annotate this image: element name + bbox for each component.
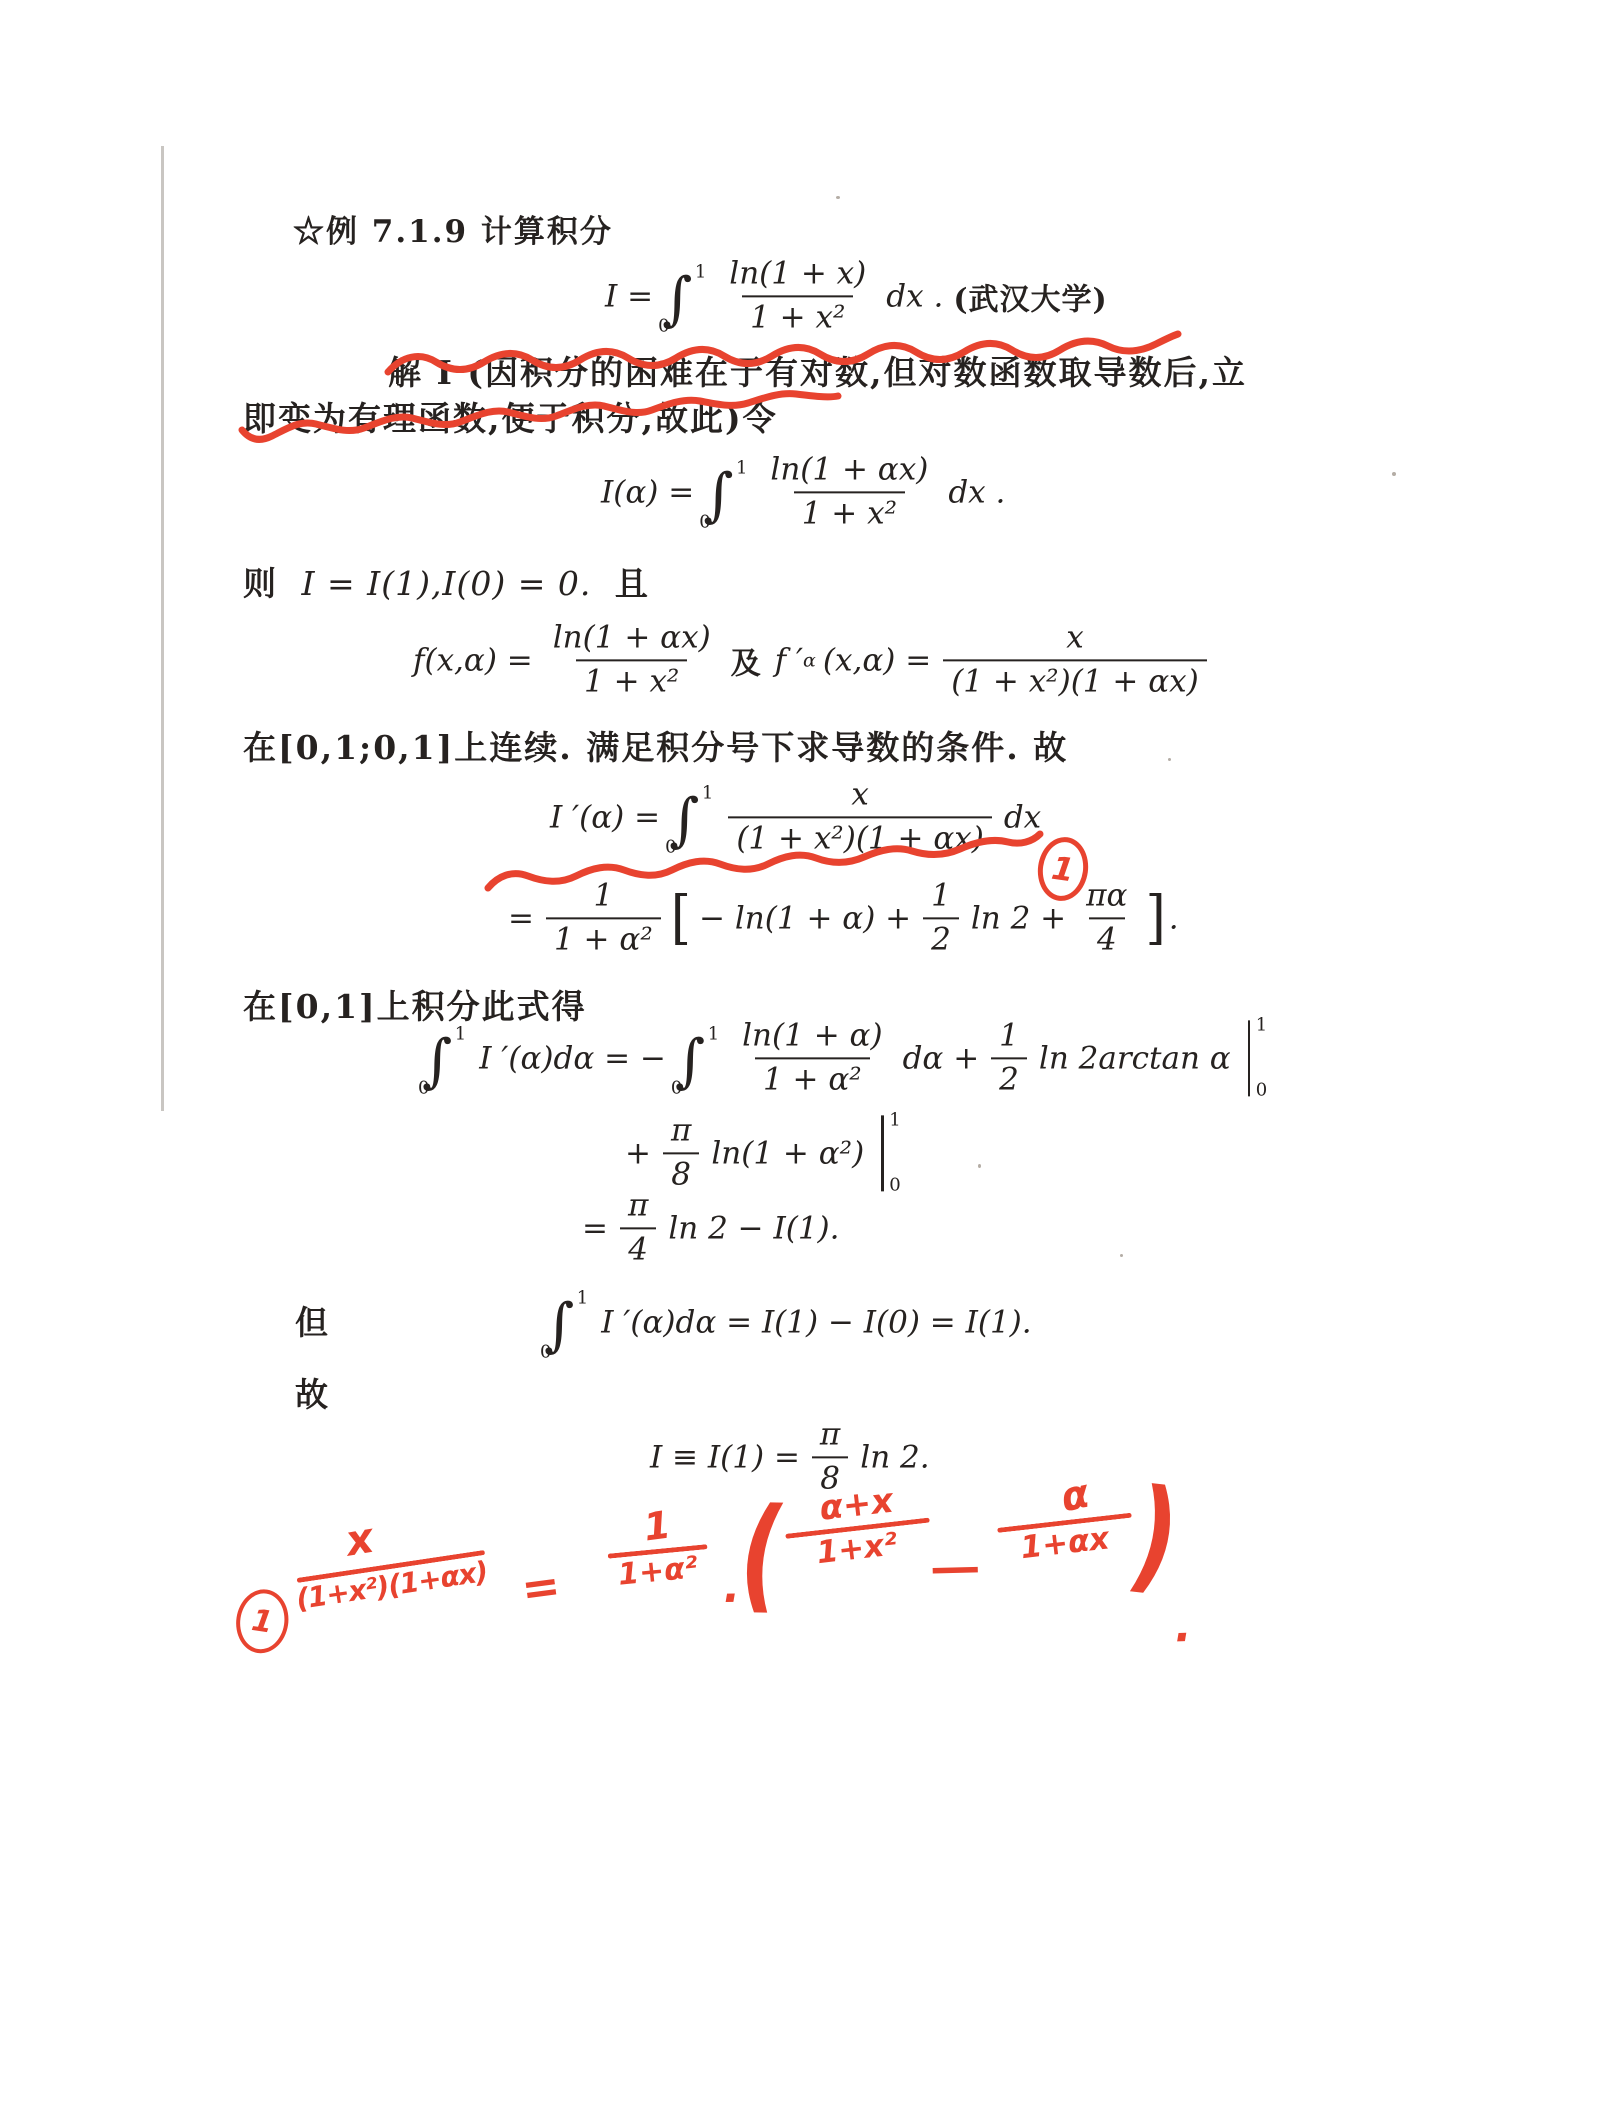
integral-upper-limit: 1 — [577, 1289, 588, 1306]
fraction-numerator: 1 — [923, 878, 959, 917]
equation-I-prime: I ′(α) = ∫10 x(1 + x²)(1 + αx) dx — [545, 777, 1046, 856]
fraction: 12 — [923, 878, 959, 957]
example-title: ☆例 7.1.9 计算积分 — [293, 206, 613, 251]
circled-one-digit: 1 — [249, 1602, 275, 1640]
hand-multiplication-dot: · — [721, 1577, 739, 1621]
hand-right-paren: ) — [1132, 1472, 1181, 1600]
fraction-denominator: 1 + x² — [576, 659, 687, 700]
equation-pi8-term: + π8 ln(1 + α²) 10 — [620, 1113, 910, 1192]
integral-sign: ∫10 — [662, 271, 692, 326]
solution-line-1: 解 I (因积分的困难在于有对数,但对数函数取导数后,立 — [388, 347, 1247, 394]
fraction-numerator: πα — [1078, 878, 1135, 917]
then-math: I = I(1),I(0) = 0. — [302, 564, 592, 603]
integral-lower-limit: 0 — [540, 1343, 551, 1360]
eq4-lhs: I ′(α) = — [550, 799, 660, 835]
circled-one-digit: 1 — [1049, 849, 1076, 890]
handwritten-red-formula: 1 x (1+x²)(1+αx) = 1 1+α² · ( α+x 1+x² −… — [219, 1480, 1170, 1730]
hand-numerator: α+x — [818, 1484, 895, 1526]
eq1-source: (武汉大学) — [953, 274, 1107, 318]
then-post: 且 — [615, 564, 650, 603]
hand-fraction-term2: α 1+αx — [993, 1474, 1135, 1561]
fraction: 11 + α² — [546, 878, 661, 957]
fraction-numerator: π — [663, 1113, 699, 1152]
so-label: 故 — [295, 1369, 330, 1416]
eq6-term1: I ′(α)dα = − — [479, 1040, 666, 1076]
eq3-alpha-subscript: α — [803, 649, 816, 671]
fraction-denominator: 1 + x² — [794, 491, 905, 532]
hand-numerator: 1 — [641, 1505, 672, 1546]
fraction-denominator: (1 + x²)(1 + αx) — [943, 659, 1207, 700]
fraction-denominator: 1 + α² — [546, 917, 661, 958]
scan-speck — [836, 196, 840, 199]
eq9-body: I ′(α)dα = I(1) − I(0) = I(1). — [601, 1304, 1031, 1340]
eq10-tail: ln 2. — [860, 1439, 929, 1475]
equation-fundamental: ∫10 I ′(α)dα = I(1) − I(0) = I(1). — [540, 1294, 1037, 1349]
fraction: x(1 + x²)(1 + αx) — [728, 777, 992, 856]
hand-fraction-term1: α+x 1+x² — [781, 1486, 933, 1567]
fraction-denominator: 4 — [1089, 917, 1125, 958]
eq4-dx: dx — [1004, 799, 1041, 835]
hand-denominator: 1+αx — [1019, 1523, 1111, 1564]
eq5-period: . — [1169, 900, 1179, 936]
hand-denominator: 1+α² — [617, 1553, 699, 1591]
integral-upper-limit: 1 — [455, 1025, 466, 1042]
equation-problem: I = ∫10 ln(1 + x)1 + x² dx . (武汉大学) — [600, 256, 1113, 335]
integral-upper-limit: 1 — [702, 784, 713, 801]
hand-numerator: x — [343, 1517, 377, 1563]
integral-sign: ∫10 — [703, 467, 733, 522]
eq8-tail: ln 2 − I(1). — [668, 1210, 839, 1246]
fraction: ln(1 + x)1 + x² — [721, 256, 874, 335]
scan-speck — [978, 1164, 981, 1168]
fraction-denominator: 8 — [663, 1152, 699, 1193]
hand-denominator: 1+x² — [816, 1529, 900, 1569]
eval-upper-limit: 1 — [1256, 1014, 1267, 1035]
fraction-numerator: ln(1 + αx) — [545, 620, 719, 659]
integral-lower-limit: 0 — [671, 1079, 682, 1096]
integral-sign: ∫10 — [422, 1033, 452, 1088]
fraction-denominator: 2 — [991, 1057, 1027, 1098]
integral-lower-limit: 0 — [658, 317, 669, 334]
eq3-conjunction: 及 — [731, 638, 762, 682]
then-line: 则 I = I(1),I(0) = 0. 且 — [243, 558, 650, 605]
hand-minus: − — [924, 1544, 986, 1594]
integral-sign: ∫10 — [675, 1033, 705, 1088]
eq3-f-prime: f ′ — [775, 642, 803, 678]
scanned-textbook-page: ☆例 7.1.9 计算积分 I = ∫10 ln(1 + x)1 + x² dx… — [0, 0, 1624, 2101]
fraction: ln(1 + αx)1 + x² — [762, 452, 936, 531]
then-pre: 则 — [243, 564, 278, 603]
eq1-lhs: I = — [605, 278, 653, 314]
integral-upper-limit: 1 — [708, 1025, 719, 1042]
fraction-denominator: (1 + x²)(1 + αx) — [728, 816, 992, 857]
hand-period: . — [1174, 1605, 1192, 1649]
fraction-numerator: π — [620, 1188, 656, 1227]
hand-equals: = — [519, 1562, 563, 1613]
fraction-numerator: 1 — [586, 878, 622, 917]
integral-lower-limit: 0 — [665, 838, 676, 855]
hand-left-paren: ( — [740, 1492, 783, 1617]
eq5-equals: = — [508, 900, 534, 936]
eval-upper-limit: 1 — [889, 1109, 900, 1130]
integral-sign: ∫10 — [544, 1297, 574, 1352]
equation-f-derivative: f(x,α) = ln(1 + αx)1 + x² 及 f ′ α (x,α) … — [408, 620, 1214, 699]
evaluation-bar: 10 — [881, 1115, 884, 1191]
eq6-term2: dα + — [903, 1040, 980, 1076]
scan-speck — [1168, 758, 1171, 761]
fraction-numerator: ln(1 + αx) — [762, 452, 936, 491]
fraction-numerator: x — [843, 777, 876, 816]
eq3-lhs: f(x,α) = — [413, 642, 533, 678]
but-label: 但 — [295, 1297, 330, 1344]
equation-integrated: ∫10 I ′(α)dα = − ∫10 ln(1 + α)1 + α² dα … — [418, 1018, 1276, 1097]
eq2-lhs: I(α) = — [601, 474, 694, 510]
circled-one-annotation: 1 — [232, 1586, 293, 1657]
fraction: x(1 + x²)(1 + αx) — [943, 620, 1207, 699]
fraction: π8 — [812, 1417, 848, 1496]
integral-upper-limit: 1 — [736, 459, 747, 476]
fraction: 12 — [991, 1018, 1027, 1097]
fraction-denominator: 4 — [620, 1227, 656, 1268]
left-bracket: [ — [671, 884, 691, 951]
eq5-term2: ln 2 + — [971, 900, 1066, 936]
eq6-term3: ln 2arctan α — [1039, 1040, 1231, 1076]
fraction: ln(1 + α)1 + α² — [734, 1018, 890, 1097]
fraction: πα4 — [1078, 878, 1135, 957]
fraction-numerator: ln(1 + x) — [721, 256, 874, 295]
fraction-numerator: x — [1058, 620, 1091, 659]
eq1-dx: dx . — [886, 278, 943, 314]
eq5-term1: − ln(1 + α) + — [699, 900, 911, 936]
eq7-log-term: ln(1 + α²) — [711, 1135, 864, 1171]
fraction: ln(1 + αx)1 + x² — [545, 620, 719, 699]
integral-lower-limit: 0 — [699, 513, 710, 530]
right-bracket: ] — [1145, 884, 1165, 951]
eq2-dx: dx . — [948, 474, 1005, 510]
fraction-denominator: 1 + x² — [742, 295, 853, 336]
continuity-line: 在[0,1;0,1]上连续. 满足积分号下求导数的条件. 故 — [243, 722, 1068, 769]
hand-fraction-coeff: 1 1+α² — [601, 1506, 713, 1589]
fraction-numerator: π — [812, 1417, 848, 1456]
scan-speck — [1392, 472, 1396, 476]
fraction-numerator: ln(1 + α) — [734, 1018, 890, 1057]
equation-I-alpha: I(α) = ∫10 ln(1 + αx)1 + x² dx . — [596, 452, 1010, 531]
eq10-lhs: I ≡ I(1) = — [650, 1439, 800, 1475]
evaluation-bar: 10 — [1248, 1020, 1251, 1096]
integral-sign: ∫10 — [669, 792, 699, 847]
solution-line-2: 即变为有理函数,便于积分,故此)令 — [243, 393, 778, 440]
fraction: π4 — [620, 1188, 656, 1267]
fraction-numerator: 1 — [991, 1018, 1027, 1057]
integral-lower-limit: 0 — [418, 1079, 429, 1096]
fraction-denominator: 1 + α² — [755, 1057, 870, 1098]
eq7-plus: + — [625, 1135, 651, 1171]
eq3-args: (x,α) = — [823, 642, 931, 678]
fraction: π8 — [663, 1113, 699, 1192]
hand-numerator: α — [1058, 1474, 1093, 1519]
hand-fraction-lhs: x (1+x²)(1+αx) — [290, 1515, 492, 1602]
fraction-denominator: 2 — [923, 917, 959, 958]
page-scan-edge — [161, 146, 164, 1111]
eq8-equals: = — [582, 1210, 608, 1246]
scan-speck — [1120, 1254, 1123, 1257]
eval-lower-limit: 0 — [889, 1174, 900, 1195]
eval-lower-limit: 0 — [1256, 1079, 1267, 1100]
equation-pi4-result: = π4 ln 2 − I(1). — [577, 1188, 845, 1267]
integral-upper-limit: 1 — [695, 263, 706, 280]
